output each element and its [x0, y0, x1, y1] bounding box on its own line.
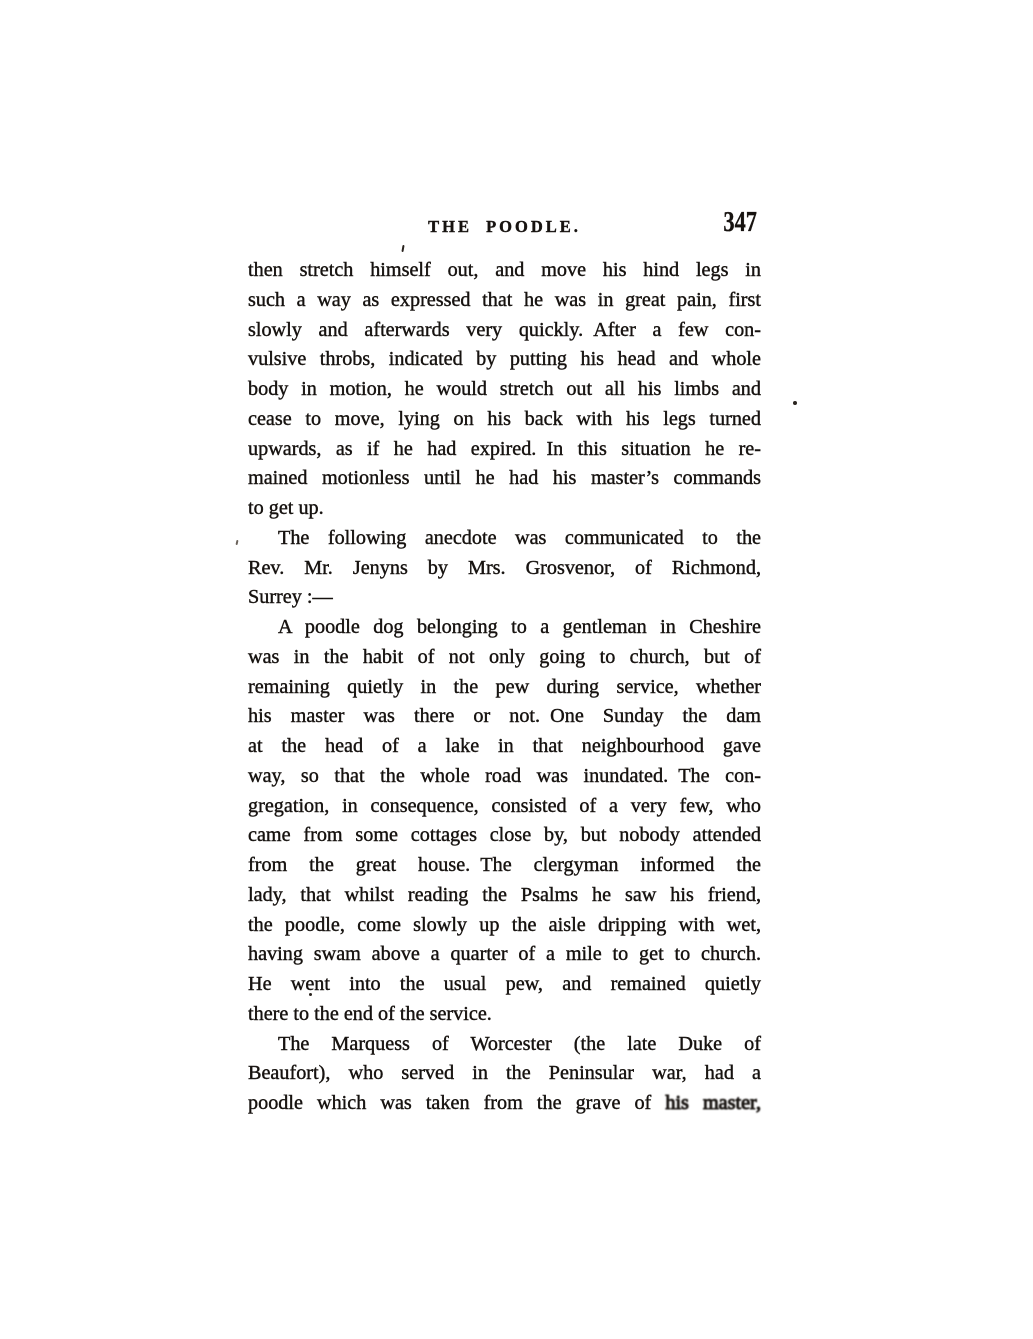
text-line: poodle which was taken from the grave of… [248, 1089, 761, 1119]
text-line: at the head of a lake in that neighbourh… [248, 732, 761, 762]
text-line: was in the habit of not only going to ch… [248, 643, 761, 673]
ink-speck [401, 245, 404, 252]
text-line: A poodle dog belonging to a gentleman in… [248, 613, 761, 643]
text-line: cease to move, lying on his back with hi… [248, 405, 761, 435]
text-line: the poodle, come slowly up the aisle dri… [248, 911, 761, 941]
book-page: THE POODLE. 347 then stretch himself out… [0, 0, 1033, 1339]
text-line: upwards, as if he had expired. In this s… [248, 435, 761, 465]
running-title: THE POODLE. [248, 217, 761, 237]
ink-speck [309, 993, 312, 996]
text-line: He went into the usual pew, and remained… [248, 970, 761, 1000]
text-line: Beaufort), who served in the Peninsular … [248, 1059, 761, 1089]
text-line: mained motionless until he had his maste… [248, 464, 761, 494]
text-line: The following anecdote was communicated … [248, 524, 761, 554]
text-line: such a way as expressed that he was in g… [248, 286, 761, 316]
text-line: body in motion, he would stretch out all… [248, 375, 761, 405]
text-line: lady, that whilst reading the Psalms he … [248, 881, 761, 911]
text-line: came from some cottages close by, but no… [248, 821, 761, 851]
text-line: from the great house. The clergyman info… [248, 851, 761, 881]
page-number: 347 [723, 207, 757, 239]
ink-speck [236, 540, 239, 545]
text-line: Surrey :— [248, 583, 761, 613]
text-line: then stretch himself out, and move his h… [248, 256, 761, 286]
text-line: The Marquess of Worcester (the late Duke… [248, 1030, 761, 1060]
text-line: remaining quietly in the pew during serv… [248, 673, 761, 703]
page-header: THE POODLE. 347 [248, 211, 761, 241]
smudged-text: his master, [665, 1092, 761, 1114]
text-line: having swam above a quarter of a mile to… [248, 940, 761, 970]
text-line: vulsive throbs, indicated by putting his… [248, 345, 761, 375]
text-line: there to the end of the service. [248, 1000, 761, 1030]
text-line: to get up. [248, 494, 761, 524]
text-line: slowly and afterwards very quickly. Afte… [248, 316, 761, 346]
page-text: then stretch himself out, and move his h… [248, 256, 761, 1119]
ink-speck [793, 401, 797, 405]
text-line: way, so that the whole road was inundate… [248, 762, 761, 792]
text-line: his master was there or not. One Sunday … [248, 702, 761, 732]
text-line: gregation, in consequence, consisted of … [248, 792, 761, 822]
text-line: Rev. Mr. Jenyns by Mrs. Grosvenor, of Ri… [248, 554, 761, 584]
